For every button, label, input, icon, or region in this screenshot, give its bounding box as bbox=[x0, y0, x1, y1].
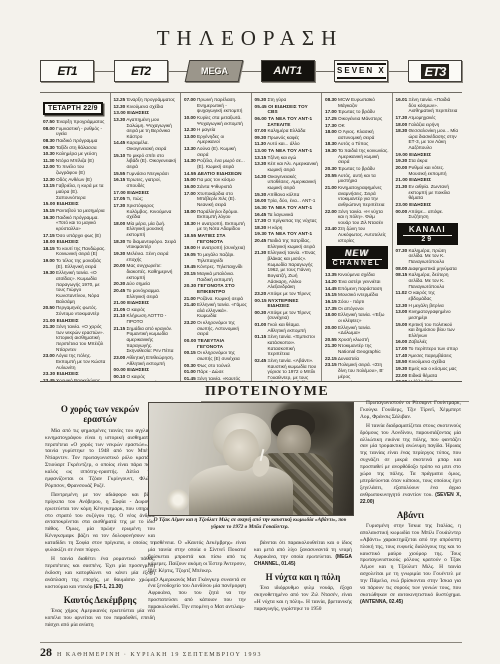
listing-entry: 09.30 Πρωινός καφές bbox=[255, 135, 319, 141]
listing-time: 08.00 bbox=[43, 126, 55, 131]
listing-entry: 08.00 Γυμναστική - ρυθμός - υγεία bbox=[43, 126, 107, 137]
listing-entry: 00.00 Απόψε... απόψε. Συζήτηση bbox=[396, 209, 460, 220]
page-number: 28 bbox=[40, 645, 52, 660]
listing-time: 17.30 bbox=[325, 123, 337, 128]
listing-time: 00.30 bbox=[255, 310, 267, 315]
photo-woman-body bbox=[189, 465, 293, 516]
listing-time: 20.15 bbox=[184, 271, 196, 276]
listing-time: 18.15 bbox=[43, 246, 55, 251]
article-paragraph: ασθένεια. Ο «Καυτός Δεκέμβρης» είναι μία… bbox=[148, 540, 246, 575]
listing-entry: 01.00 Πάρε - Δώσε bbox=[184, 369, 248, 375]
article-paragraph: Η ταινία διαθέτει ένα ρομαντικό πάθος, π… bbox=[45, 556, 155, 591]
listing-time: 19.45 bbox=[184, 264, 196, 269]
article-column-3: βάνεται ότι παρακολουθείται και ο ίδιος … bbox=[254, 540, 352, 640]
listing-entry: 12.00 Το πινέλο του ζωγράφου (Ε) bbox=[43, 164, 107, 175]
listing-entry: 07.00 Καλημέρα Ελλάδα bbox=[255, 128, 319, 134]
seven-x-schedule: 08.30 MCW Ευρωπαϊκό Μάγκαζιν17.00 Έρωτας… bbox=[325, 97, 389, 243]
listing-time: 21.10 bbox=[114, 313, 126, 318]
channel-time-tag: (MEGA CHANNEL, 01.45) bbox=[254, 554, 352, 567]
listing-time: 07.30 bbox=[396, 248, 408, 253]
listing-time: 11.30 bbox=[255, 141, 266, 146]
article-column-2: ασθένεια. Ο «Καυτός Δεκέμβρης» είναι μία… bbox=[148, 540, 246, 640]
listing-time: 12.30 bbox=[396, 303, 408, 308]
listing-entry: 21.00 ΕΙΔΗΣΕΙΣ bbox=[396, 177, 460, 183]
listing-time: 21.30 bbox=[255, 250, 267, 255]
new-channel-logo: NEW CHANNEL bbox=[326, 246, 388, 269]
listing-entry: 16.15 Έρωτες, γιατροί, σπουδές bbox=[114, 177, 178, 188]
listing-time: 14.45 bbox=[114, 140, 126, 145]
listing-time: 11.30 bbox=[43, 158, 54, 163]
channel-time-tag: (SEVEN X, 22.00) bbox=[360, 492, 461, 505]
listing-time: 18.30 bbox=[114, 239, 126, 244]
listing-time: 01.00 bbox=[255, 322, 267, 327]
listing-time: 17.30 bbox=[396, 115, 408, 120]
listing-entry: 01.00 Γκολ και θέαμα. Αθλητική εκπομπή bbox=[255, 322, 319, 333]
listing-time: 20.45 bbox=[114, 288, 126, 293]
listing-entry: 18.55 ΜΑΤΙΕΣ ΣΤΑ ΓΕΓΟΝΟΤΑ bbox=[184, 233, 248, 244]
listing-entry: 00.10 Ο καιρός bbox=[114, 374, 178, 380]
listing-entry: 17.00 Χτυποκάρδια στο Μπέβερλι Χιλς (Ε).… bbox=[184, 191, 248, 208]
logo-et3: ET3 bbox=[408, 60, 462, 82]
listing-time: 16.45 bbox=[255, 212, 267, 217]
listing-entry: 14.20 Ένα αστέρι γεννιέται bbox=[325, 279, 389, 285]
listing-time: 17.00 bbox=[396, 346, 408, 351]
listing-time: 23.40 bbox=[325, 226, 337, 231]
listing-time: 17.35 bbox=[325, 306, 337, 311]
listing-time: 17.15 bbox=[43, 233, 55, 238]
channel-logo-strip: ET1 ET2 MEGA ANT1 SEVEN X ET3 bbox=[40, 58, 462, 84]
listing-entry: 15.55 Γυμνάσιο Ντεγκράσι bbox=[114, 171, 178, 177]
listing-time: 19.30 bbox=[255, 231, 267, 236]
listing-time: 18.30 bbox=[325, 141, 337, 146]
listing-entry: 13.00 ΕΙΔΗΣΕΙΣ bbox=[114, 110, 178, 116]
listing-entry: 23.00 Λόγια της πόλης. Εκπομπή με τον Κώ… bbox=[43, 353, 107, 370]
listing-time: 18.00 bbox=[114, 221, 126, 226]
listing-time: 14.30 bbox=[255, 174, 267, 179]
listing-time: 21.30 bbox=[43, 324, 55, 329]
listing-entry: 20.30 Δύο σημεία bbox=[114, 281, 178, 287]
listing-entry: 15.00 Κριτική του πολιτικού και δημόσιου… bbox=[396, 322, 460, 339]
listing-time: 08.30 bbox=[325, 97, 337, 102]
listing-time: 00.15 bbox=[255, 298, 267, 303]
listing-time: 07.00 bbox=[184, 97, 196, 102]
listing-time: 21.00 bbox=[325, 185, 337, 190]
listing-time: 18.50 bbox=[396, 359, 408, 364]
listing-entry: 20.30 Έρωτας το βράδυ bbox=[325, 166, 389, 172]
listing-entry: 17.35 Οι απόγονοι bbox=[325, 306, 389, 312]
listing-time: 23.00 bbox=[396, 202, 408, 207]
listing-time: 17.05 bbox=[114, 196, 126, 201]
listing-time: 13.30 bbox=[114, 117, 126, 122]
listing-entry: 05.45 ΟΙ ΕΙΔΗΣΕΙΣ ΤΟΥ CBS bbox=[255, 104, 319, 115]
listing-time: 15.15 bbox=[325, 292, 337, 297]
listing-entry: 17.25 Οικογένεια Μάνστερς bbox=[325, 116, 389, 122]
listing-entry: 13.00 ΤΑ ΝΕΑ ΤΟΥ ΑΝΤ-1 bbox=[255, 148, 319, 154]
listing-entry: 00.15 Οι κληρονόμοι της σιωπής (Ε) συνέχ… bbox=[184, 350, 248, 361]
listing-time: 19.30 bbox=[396, 158, 408, 163]
listing-time: 17.25 bbox=[325, 116, 337, 121]
listing-entry: 22.00 Ειδικά θέματα bbox=[396, 373, 460, 379]
listing-entry: 14.30 Οικογενειακές υποθέσεις. Αμερικανι… bbox=[255, 174, 319, 191]
listing-entry: 14.45 Καραμέλα. Οικογενειακή σειρά bbox=[114, 140, 178, 151]
listing-time: 12.30 bbox=[184, 127, 196, 132]
listing-entry: 23.30 ΕΙΔΗΣΕΙΣ bbox=[43, 371, 107, 377]
listing-entry: 21.00 ΕΙΔΗΣΕΙΣ bbox=[43, 318, 107, 324]
page-footer: 28 Η ΚΑΘΗΜΕΡΙΝΗ · ΚΥΡΙΑΚΗ 19 ΣΕΠΤΕΜΒΡΙΟΥ… bbox=[40, 645, 262, 660]
listing-entry: 19.45 Κόντρες. Τηλεπαιχνίδι bbox=[184, 264, 248, 270]
listing-entry: 08.00 Διαφημιστικά μηνύματα bbox=[396, 266, 460, 272]
listing-time: 19.30 bbox=[114, 251, 126, 256]
listing-time: 17.40 bbox=[396, 353, 408, 358]
listing-entry: 01.15 Ξένη ταινία. «Έμπιστοι κατάσκοποι»… bbox=[255, 334, 319, 357]
listing-entry: 13.15 Τζένη και εγώ bbox=[255, 155, 319, 161]
listing-entry: 00.30 Φως στο τούνελ bbox=[184, 363, 248, 369]
listing-time: 20.30 bbox=[114, 281, 126, 286]
listing-entry: 17.30 Ατμομηχανές bbox=[396, 115, 460, 121]
listing-time: 10.30 bbox=[43, 151, 55, 156]
listing-entry: 14.55 ΔΕΛΤΙΟ ΕΙΔΗΣΕΩΝ bbox=[184, 171, 248, 177]
listing-entry: 21.05 Ο καιρός bbox=[114, 307, 178, 313]
article-paragraph: Μία από τις φημισμένες ταινίες του αγγλι… bbox=[45, 428, 155, 490]
listing-entry: 00.30 Απόψε με τον Τέρενς (συνέχεια) bbox=[255, 310, 319, 321]
listing-entry: 12.25 Έναρξη προγράμματος bbox=[114, 97, 178, 103]
listing-time: 23.15 bbox=[325, 362, 337, 367]
et3-schedule: 16.01 Ξένη ταινία. «Παιδιά δύο κόσμων». … bbox=[396, 97, 460, 220]
listing-entry: 20.45 Παιδιά της πατρίδας. Ελληνική κωμι… bbox=[255, 238, 319, 249]
listing-time: 18.00 bbox=[396, 122, 408, 127]
listing-time: 08.00 bbox=[396, 266, 408, 271]
listing-time: 15.10 bbox=[114, 153, 126, 158]
listing-time: 02.45 bbox=[255, 358, 267, 363]
listing-time: 20.00 bbox=[325, 325, 337, 330]
listing-entry: 16.00 Ζαβολιές bbox=[396, 339, 460, 345]
listing-entry: 18.00 Γαλάζια ειρήνη bbox=[396, 122, 460, 128]
listing-entry: 00.00 ΤΕΛΕΥΤΑΙΑ ΓΕΓΟΝΟΤΑ bbox=[184, 338, 248, 349]
listing-entry: 19.30 Μελένια. Ξένη σειρά εποχής bbox=[114, 251, 178, 262]
listing-time: 07.50 bbox=[43, 119, 55, 124]
listing-entry: 21.30 Ξένη ταινία. «Ο χορός των νεκρών ε… bbox=[43, 324, 107, 352]
listing-time: 20.55 bbox=[325, 337, 337, 342]
listing-entry: 17.00 Το περίπτερο των σπορ bbox=[396, 346, 460, 352]
logo-et2: ET2 bbox=[114, 60, 168, 82]
section-divider-line bbox=[40, 381, 462, 382]
listing-time: 15.30 bbox=[255, 192, 267, 197]
listing-time: 18.55 bbox=[184, 233, 196, 238]
listing-entry: 05.30 Στη γύρα bbox=[255, 97, 319, 103]
article-headline: Καυτός Δεκέμβρης bbox=[45, 595, 155, 605]
listing-entry: 18.00 Μία μέρα, μία ζωή. Ελληνική μουσικ… bbox=[114, 221, 178, 238]
listing-entry: 17.30 Χριστόφορος Κολόμβος. Κινούμενα σχ… bbox=[114, 203, 178, 220]
listing-time: 15.55 bbox=[114, 171, 126, 176]
listing-entry: 18.00 Ο Άγιος. Κλασική αστυνομική σειρά bbox=[325, 129, 389, 140]
listing-time: 00.00 bbox=[184, 338, 196, 343]
listing-time: 21.15 bbox=[114, 326, 126, 331]
listing-time: 15.00 bbox=[396, 322, 408, 327]
listing-time: 15.15 bbox=[43, 208, 55, 213]
listing-entry: 19.05 Το μεγάλο παζάρι. Τηλεπαιχνίδι bbox=[184, 252, 248, 263]
listing-time: 23.30 bbox=[43, 371, 55, 376]
logo-et1: ET1 bbox=[40, 60, 94, 82]
article-paragraph: Παντρεμένη με τον αδιάφορο και βίαιο πρί… bbox=[45, 492, 155, 554]
listing-entry: 17.05 Τι, πώς; bbox=[114, 196, 178, 202]
listing-entry: 19.00 ΕΙΔΗΣΕΙΣ bbox=[396, 152, 460, 158]
listing-entry: 22.00 Ξένη ταινία. «Η νύχτα και η πόλη».… bbox=[325, 209, 389, 226]
listing-time: 12.25 bbox=[114, 97, 126, 102]
listing-time: 21.05 bbox=[114, 307, 126, 312]
listing-entry: 13.30 Αγαπημένη μου Σαλώμη. Ψυχαγωγική σ… bbox=[114, 117, 178, 140]
listing-time: 19.30 bbox=[325, 148, 337, 153]
listing-entry: 16.30 Παιδικό πρόγραμμα. «Τοτό και το μα… bbox=[43, 215, 107, 232]
listing-entry: 11.30 Αυτό και... άλλο bbox=[255, 141, 319, 147]
listing-time: 16.30 bbox=[43, 215, 55, 220]
listing-entry: 20.00 Ελληνική ταινία. «Δόλωμα» bbox=[325, 325, 389, 336]
listing-entry: 18.30 Η κόρη bbox=[255, 225, 319, 231]
listing-time: 23.00 bbox=[114, 355, 126, 360]
listing-time: 00.10 bbox=[114, 374, 126, 379]
listing-time: 17.30 bbox=[114, 203, 126, 208]
listing-entry: 00.15 ΝΥΧΤΕΡΙΝΕΣ ΕΙΔΗΣΕΙΣ bbox=[255, 298, 319, 309]
listing-entry: 17.30 ΟΚ bbox=[325, 123, 389, 129]
listing-entry: 19.30 Ελληνική ταινία. «Ο ατσίδας». Κωμω… bbox=[43, 270, 107, 304]
listing-entry: 19.30 Εμείς και ο κόσμος μας bbox=[396, 366, 460, 372]
listing-entry: 13.15 Γαβριέλα, η κυρά με τα μαύρα (Ε). … bbox=[43, 183, 107, 200]
listing-entry: 08.30 MCW Ευρωπαϊκό Μάγκαζιν bbox=[325, 97, 389, 108]
listing-time: 20.30 bbox=[325, 166, 337, 171]
listing-entry: 21.40 Ελληνική ταινία. «Γάμος αλά ελληνι… bbox=[184, 302, 248, 319]
listing-time: 13.00 bbox=[114, 110, 126, 115]
listing-entry: 20.55 Χρυσή κλωστή bbox=[325, 337, 389, 343]
listing-entry: 20.50 Περγαμηνές φωτός. Σύντομο ντοκιμαν… bbox=[43, 305, 107, 316]
article-paragraph: Ένα ιδιόρρυθμο φιλμ νουάρ, έξοχα σκηνοθε… bbox=[254, 585, 352, 613]
listing-time: 05.30 bbox=[255, 97, 267, 102]
listing-time: 14.55 bbox=[184, 171, 196, 176]
listing-time: 18.30 bbox=[255, 225, 267, 230]
listing-time: 21.00 bbox=[114, 300, 126, 305]
logo-mega: MEGA bbox=[185, 60, 244, 82]
listing-time: 17.00 bbox=[325, 109, 337, 114]
listing-entry: 12.30 Η μεγάλη βιτρίνα bbox=[396, 303, 460, 309]
listing-entry: 12.30 Η μαγεία bbox=[184, 127, 248, 133]
listing-time: 16.30 bbox=[255, 205, 267, 210]
recommend-section-title: ΠΡΟΤΕΙΝΟΥΜΕ bbox=[205, 384, 329, 400]
listing-time: 21.30 bbox=[325, 343, 337, 348]
listing-time: 13.00 bbox=[396, 309, 408, 314]
listing-time: 22.00 bbox=[396, 373, 408, 378]
listing-time: 19.30 bbox=[396, 366, 408, 371]
listing-entry: 20.30 ΓΕΓΟΝΟΤΑ ΣΤΟ ΕΠΙΚΕΝΤΡΟ bbox=[184, 283, 248, 294]
listing-time: 00.15 bbox=[184, 350, 196, 355]
listing-entry: 17.40 Άμεσες παρεμβάσεις bbox=[396, 353, 460, 359]
listing-time: 08.15 bbox=[396, 272, 408, 277]
listing-entry: 06.00 ΤΑ ΝΕΑ ΤΟΥ ΑΝΤ-1 ΣΑΤΕΛΙΤΕ bbox=[255, 116, 319, 127]
date-tab: ΤΕΤΑΡΤΗ 22/9 bbox=[43, 102, 103, 115]
tv-listings-grid: ΤΕΤΑΡΤΗ 22/9 07.50 Έναρξη προγράμματος08… bbox=[40, 92, 462, 382]
listing-time: 20.00 bbox=[114, 263, 126, 268]
listing-time: 13.00 bbox=[184, 134, 196, 139]
listing-time: 18.00 bbox=[184, 209, 196, 214]
listing-time: 13.15 bbox=[255, 155, 267, 160]
listing-entry: 18.30 Το διαμαντοφόρο. Σειρά ντοκιμαντέρ bbox=[114, 239, 178, 250]
listing-time: 18.30 bbox=[184, 221, 196, 226]
article-headline: Η νύχτα και η πόλη bbox=[254, 572, 352, 582]
listing-time: 17.30 bbox=[255, 218, 267, 223]
listing-entry: 19.30 ΤΑ ΝΕΑ ΤΟΥ ΑΝΤ-1 bbox=[255, 231, 319, 237]
listing-time: 13.15 bbox=[43, 183, 55, 188]
tv-column-ant1: 05.30 Στη γύρα05.45 ΟΙ ΕΙΔΗΣΕΙΣ ΤΟΥ CBS0… bbox=[251, 93, 322, 382]
listing-time: 18.00 bbox=[43, 239, 55, 244]
listing-time: 13.00 bbox=[255, 148, 267, 153]
listing-time: 20.45 bbox=[255, 238, 267, 243]
et1-schedule: 07.50 Έναρξη προγράμματος08.00 Γυμναστικ… bbox=[43, 119, 107, 382]
listing-time: 14.30 bbox=[184, 158, 196, 163]
listing-entry: 13.00 Κινηματογραφημένο μεσημέρι bbox=[396, 309, 460, 320]
listing-time: 23.20 bbox=[255, 291, 267, 296]
listing-time: 10.00 bbox=[184, 115, 196, 120]
listing-time: 12.30 bbox=[114, 104, 126, 109]
listing-entry: 18.00 ΕΙΔΗΣΕΙΣ bbox=[43, 239, 107, 245]
listing-entry: 18.00 Παράλληλοι δρόμοι. Εκπομπή λόγου bbox=[184, 209, 248, 220]
listing-entry: 23.20 Απόψε με τον Τέρενς bbox=[255, 291, 319, 297]
listing-entry: 10.00 Κυρίες στα μεταξωτά. Ψυχαγωγική εκ… bbox=[184, 115, 248, 126]
listing-entry: 21.30 Ντοκιμαντέρ της National Geographi… bbox=[325, 343, 389, 354]
listing-entry: 00.00 ΕΙΔΗΣΕΙΣ bbox=[114, 367, 178, 373]
listing-time: 16.00 bbox=[255, 198, 267, 203]
listing-time: 16.01 bbox=[396, 97, 408, 102]
listing-entry: 07.50 Έναρξη προγράμματος bbox=[43, 119, 107, 125]
et2-schedule: 12.25 Έναρξη προγράμματος12.30 Κινούμενα… bbox=[114, 97, 178, 382]
listing-entry: 18.30 Η ανατροπή. Εκπομπή με τη Νότα Αδα… bbox=[184, 221, 248, 232]
listing-entry: 21.00 Κινηματογραφημένες αναμνήσεις. Σει… bbox=[325, 185, 389, 208]
listing-entry: 20.45 Το μονόγραμμα. Ελληνική σειρά bbox=[114, 288, 178, 299]
listing-time: 00.00 bbox=[114, 367, 126, 372]
listing-time: 15.00 bbox=[184, 177, 196, 182]
listing-time: 20.30 bbox=[184, 283, 196, 288]
listing-entry: 13.35 Κινούμενα σχέδια bbox=[325, 272, 389, 278]
listing-time: 14.45 bbox=[325, 286, 337, 291]
listing-entry: 13.30 Κέιτ και Άλι. Αμερικανική κωμική σ… bbox=[255, 161, 319, 172]
listing-entry: 23.15 Πολεμική σειρά. «Στη δίνη του πολέ… bbox=[325, 362, 389, 379]
listing-time: 22.15 bbox=[325, 356, 337, 361]
article-paragraph: Η ταινία διαδραματίζεται στους σκοτεινού… bbox=[360, 423, 461, 506]
listing-entry: 18.30 Θεσσαλονίκη μου... Μία ώρα διασκέδ… bbox=[396, 128, 460, 151]
listing-time: 09.30 bbox=[255, 135, 267, 140]
new-channel-schedule: 13.35 Κινούμενα σχέδια14.20 Ένα αστέρι γ… bbox=[325, 272, 389, 382]
listing-time: 01.15 bbox=[255, 334, 267, 339]
listing-entry: 19.30 Τα παιδιά της κοινωνίας. Αμερικανι… bbox=[325, 148, 389, 165]
listing-time: 20.55 bbox=[325, 173, 337, 178]
listing-entry: 15.15 Ραντεβού τα μεσημέρια bbox=[43, 208, 107, 214]
listing-time: 19.00 bbox=[396, 152, 408, 157]
article-paragraph: Ο Αμερικανός Ματ Γκάνγκερ συναντά σε ένα… bbox=[148, 577, 246, 612]
listing-entry: 13.30 Λούνα (Ε). Κωμική σειρά bbox=[184, 146, 248, 157]
listing-entry: 10.30 Καλημέρα με γεύση bbox=[43, 151, 107, 157]
listing-time: 18.30 bbox=[396, 128, 408, 133]
listing-entry: 22.15 Δυναστεία bbox=[325, 356, 389, 362]
listing-entry: 21.30 Εν αιθρία. Ζωντανή εκπομπή με ποικ… bbox=[396, 184, 460, 201]
listing-entry: 21.00 ΕΙΔΗΣΕΙΣ bbox=[114, 300, 178, 306]
listing-time: 19.00 bbox=[43, 258, 55, 263]
listing-entry: 17.15 Όσο υπάρχει φως (Ε) bbox=[43, 233, 107, 239]
listing-time: 19.30 bbox=[43, 270, 55, 275]
listing-entry: 08.30 Παιδικό πρόγραμμα bbox=[43, 138, 107, 144]
listing-entry: 15.15 Μουσικό ιντερμέδιο bbox=[325, 292, 389, 298]
kanali-29-logo: ΚΑΝΑΛΙ 29 bbox=[397, 223, 459, 245]
listing-entry: 12.30 Κινούμενα σχέδια bbox=[114, 104, 178, 110]
listing-time: 00.00 bbox=[396, 209, 408, 214]
listing-entry: 14.30 Ροζέλα, ένα μωρό σε... (Ε). Κωμική… bbox=[184, 158, 248, 169]
listing-entry: 11.30 Ντόρα Μπίλιζα (Ε) bbox=[43, 158, 107, 164]
listing-time: 19.00 bbox=[184, 245, 196, 250]
listing-entry: 20.00 Μας συγχωρείτε: διακοπές. Καθημερι… bbox=[114, 263, 178, 280]
listing-entry: 23.20 Οι κληρονόμοι της σιωπής. Αστυνομι… bbox=[184, 320, 248, 337]
listing-time: 08.30 bbox=[43, 138, 55, 143]
listing-entry: 17.00 ΕΙΔΗΣΕΙΣ bbox=[114, 190, 178, 196]
listing-time: 00.30 bbox=[184, 363, 196, 368]
listing-entry: 18.15 Το κουτί της Πανδώρας. Κοινωνική σ… bbox=[43, 246, 107, 257]
listing-entry: 14.45 Επόμενη παράσταση bbox=[325, 286, 389, 292]
listing-time: 21.00 bbox=[43, 318, 55, 323]
listing-time: 01.00 bbox=[184, 369, 196, 374]
listing-entry: 15.00 Για μας τον κόσμο bbox=[184, 177, 248, 183]
listing-time: 21.30 bbox=[396, 184, 408, 189]
listing-time: 13.30 bbox=[255, 161, 267, 166]
tv-column-mega: 07.00 Πρωινή παρέλαση. Ενημερωτική - ψυχ… bbox=[180, 93, 251, 382]
article-headline: Αβάντι bbox=[360, 510, 461, 520]
tv-column-et1: ΤΕΤΑΡΤΗ 22/9 07.50 Έναρξη προγράμματος08… bbox=[40, 93, 110, 382]
listing-time: 14.20 bbox=[325, 279, 337, 284]
tv-column-et3-kanali29: 16.01 Ξένη ταινία. «Παιδιά δύο κόσμων». … bbox=[392, 93, 463, 382]
listing-entry: 19.00 Η ανατροπή (συνέχεια) bbox=[184, 245, 248, 251]
photo-flower bbox=[167, 489, 189, 511]
listing-time: 11.02 bbox=[396, 290, 407, 295]
listing-time: 12.30 bbox=[43, 177, 55, 182]
listing-time: 09.30 bbox=[43, 145, 55, 150]
listing-time: 13.30 bbox=[184, 146, 196, 151]
listing-entry: 20.15 Μαγικά μπαλόνια. Παιδική εκπομπή bbox=[184, 271, 248, 282]
listing-entry: 15.00 ΕΙΔΗΣΕΙΣ bbox=[43, 201, 107, 207]
listing-entry: 11.02 Ο καιρός της εβδομάδας bbox=[396, 290, 460, 301]
listing-time: 22.00 bbox=[325, 209, 337, 214]
listing-time: 20.50 bbox=[43, 305, 55, 310]
article-paragraph: βάνεται ότι παρακολουθείται και ο ίδιος … bbox=[254, 540, 352, 568]
listing-time: 05.45 bbox=[255, 104, 267, 109]
listing-time: 16.15 bbox=[325, 299, 337, 304]
tv-column-sevenx-new: 08.30 MCW Ευρωπαϊκό Μάγκαζιν17.00 Έρωτας… bbox=[321, 93, 392, 382]
listing-time: 21.40 bbox=[184, 302, 196, 307]
listing-entry: 12.30 Οδός Ανθέων (Ε) bbox=[43, 177, 107, 183]
listing-time: 16.00 bbox=[396, 339, 408, 344]
logo-seven-x: SEVEN X bbox=[334, 60, 388, 82]
listing-entry: 18.00 Ελληνική ταινία. «Έξω οι κλέφτες» bbox=[325, 312, 389, 323]
listing-entry: 23.00 Αθλητική Επιθεώρηση. Αθλητική εκπο… bbox=[114, 355, 178, 366]
listing-time: 16.15 bbox=[114, 177, 126, 182]
listing-entry: 19.00 Το τέλος της μοναξιάς (Ε). Ελληνικ… bbox=[43, 258, 107, 269]
photo-caption: Ο Τζακ Λέμον και η Τζούλιετ Μιλς σε σκην… bbox=[148, 517, 352, 531]
ant1-schedule: 05.30 Στη γύρα05.45 ΟΙ ΕΙΔΗΣΕΙΣ ΤΟΥ CBS0… bbox=[255, 97, 319, 382]
mega-schedule: 07.00 Πρωινή παρέλαση. Ενημερωτική - ψυχ… bbox=[184, 97, 248, 382]
listing-entry: 16.30 ΤΑ ΝΕΑ ΤΟΥ ΑΝΤ-1 bbox=[255, 205, 319, 211]
listing-entry: 16.15 Σόου - πάρτι bbox=[325, 299, 389, 305]
listing-entry: 20.55 Αυτός, αυτή και τα μυστήρια bbox=[325, 173, 389, 184]
listing-entry: 09.30 Ταξίδι στη θάλασσα bbox=[43, 145, 107, 151]
article-paragraph: Πρωταγωνιστούν οι Ρίτσαρντ Γουίντμαρκ, Γ… bbox=[360, 400, 461, 421]
listing-entry: 15.10 Το μικρό σπίτι στο λιβάδι (Ε). Οικ… bbox=[114, 153, 178, 170]
listing-time: 06.00 bbox=[255, 116, 267, 121]
channel-time-tag: (ANTENNA, 02.45) bbox=[360, 599, 403, 605]
listing-entry: 21.10 Κλήρωση ΛΟΤΤΟ - ΠΡΟΤΟ bbox=[114, 313, 178, 324]
listing-entry: 18.50 Κινούμενα σχέδια bbox=[396, 359, 460, 365]
listing-entry: 18.30 Αυτός ο Τύπος bbox=[325, 141, 389, 147]
